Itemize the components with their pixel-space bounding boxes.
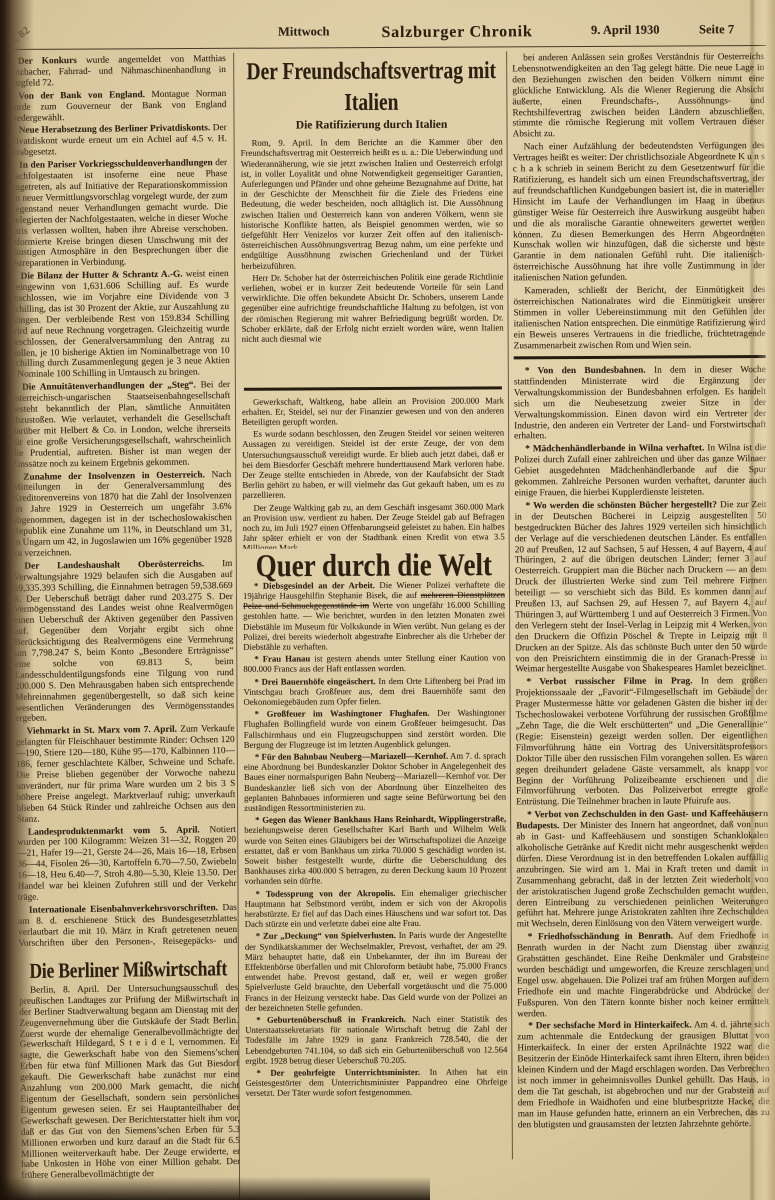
news-item: * Wo werden die schönsten Bücher hergest… [514,500,767,676]
article-paragraph: Nach einer Aufzählung der bedeutendsten … [513,141,766,284]
right-news-items: * Von den Bundesbahnen. In dem in dieser… [514,365,770,1133]
page-content: Nr. 82 Mittwoch Salzburger Chronik 9. Ap… [0,0,775,1200]
weekday-label: Mittwoch [278,24,329,39]
article-paragraph: Gewerkschaft, Waltkeng, habe allein an P… [242,395,504,427]
news-item: Landesproduktenmarkt vom 5. April. Notie… [17,824,237,903]
news-item: * Für den Bahnbau Neuberg—Mariazell—Kern… [244,750,506,813]
news-item-text: Der Minister des Innern hat angeordnet, … [516,820,768,929]
news-item: * Mädchenhändlerbande in Wilna verhaftet… [514,443,766,499]
news-item: * Geburtenüberschuß in Frankreich. Nach … [245,1013,507,1065]
article-paragraph: Rom, 9. April. In dem Berichte an die Ka… [241,137,504,271]
section-rule [514,355,766,359]
news-item-lead: * Für den Bahnbau Neuberg—Mariazell—Kern… [255,751,448,762]
news-item-lead: * Drei Bauernhöfe eingeäschert. [254,676,375,687]
news-item-text: weist einen Reingewinn von 1,631.606 Sch… [10,269,230,380]
quer-items: * Diebsgesindel an der Arbeit. Die Wiene… [243,579,508,1100]
news-item: Der Landeshaushalt Oberösterreichs. Im V… [13,559,234,725]
news-item: * Gegen das Wiener Bankhaus Hans Reinhar… [244,814,506,887]
news-item-text: Am 4. d. jährte sich zum achtenmale die … [517,1020,769,1129]
news-item-lead: * Frau Hanau [254,654,310,664]
news-item-text: beziehungsweise deren Gesellschafter Kar… [244,824,506,886]
book-gutter-shadow [0,0,34,1200]
news-item: * Friedhofsschändung in Benrath. Auf dem… [517,931,769,1020]
news-item: * Großfeuer im Washingtoner Flughafen. D… [244,708,506,750]
news-item-lead: * Der sechsfache Mord in Hinterkaifeck. [528,1021,691,1032]
article-paragraph: Berlin, 8. April. Der Untersuchungsaussc… [19,983,241,1182]
news-item-lead: * Mädchenhändlerbande in Wilna verhaftet… [525,444,704,455]
news-item-lead: * Geburtenüberschuß in Frankreich. [256,1014,406,1025]
header-rule [1,45,766,50]
news-item: * Todessprung von der Akropolis. Ein ehe… [245,887,507,929]
article-paragraph: Es wurde sodann beschlossen, den Zeugen … [242,427,504,500]
column-divider-right [506,51,513,1159]
news-item: * Verbot von Zechschulden in den Gast- u… [516,809,769,930]
treaty-article: Der Freundschaftsvertrag mit Italien Die… [240,53,504,382]
left-news-items: Der Konkurs wurde angemeldet von Matthia… [7,54,238,950]
news-item: In den Pariser Vorkriegsschuldenverhandl… [8,158,228,270]
news-item-lead: * Friedhofsschändung in Benrath. [528,932,673,943]
main-headline-freundschaftsvertrag: Der Freundschaftsvertrag mit Italien [240,55,502,119]
news-item: * Verbot russischer Filme in Prag. In de… [515,676,768,808]
news-item: Viehmarkt in St. Marx vom 7. April. Zum … [16,724,236,825]
news-item-lead: * Wo werden die schönsten Bücher hergest… [525,500,716,511]
news-item: Die Annuitätenverhandlungen der „Steg“. … [11,380,231,470]
news-item-text: Die zur Zeit in der Deutschen Bücherei i… [515,500,768,675]
article-headline-berliner-misswirtschaft: Die Berliner Mißwirtschaft [19,962,238,978]
news-item-text: In dem in dieser Woche stattfindenden Mi… [514,365,766,442]
news-item-text: Zum Verkaufe gelangten für Fleischhauer … [16,724,236,824]
news-item-text: In Paris wurde der Angestellte der Syndi… [245,930,507,1013]
article-paragraph: Der Zeuge Waltking gab zu, an dem Geschä… [242,501,504,548]
news-item: Von der Bank von England. Montague Norma… [7,89,226,125]
news-item: * Zur „Deckung“ von Spielverlusten. In P… [245,930,507,1013]
news-item-diebsgesindel: * Diebsgesindel an der Arbeit. Die Wiene… [243,579,505,652]
treaty-article-continuation: bei anderen Anlässen sein großes Verstän… [512,52,766,350]
berlin-continuation: Gewerkschaft, Waltkeng, habe allein an P… [242,395,505,548]
newspaper-title: Salzburger Chronik [357,23,557,42]
news-item: * Frau Hanau ist gestern abends unter St… [243,653,505,675]
news-item-text: In dem großen Projektionssaale der „Favo… [515,676,768,807]
news-item: Der Konkurs wurde angemeldet von Matthia… [7,54,226,90]
news-item: * Von den Bundesbahnen. In dem in dieser… [514,365,766,443]
news-item-text: Auf dem Friedhofe in Benrath wurden in d… [517,931,769,1019]
newspaper-page: Nr. 82 Mittwoch Salzburger Chronik 9. Ap… [0,0,775,1200]
left-column: Der Konkurs wurde angemeldet von Matthia… [7,54,241,1184]
news-item-text: Nach Mitteilungen in der Generalversamml… [12,469,232,558]
issue-date: 9. April 1930 [591,23,659,38]
section-headline-quer-durch-die-welt: Quer durch die Welt [243,558,505,571]
news-item-lead: * Großfeuer im Washingtoner Flughafen. [255,708,430,719]
news-item: Internationale Eisenbahnverkehrsvorschri… [18,903,238,950]
page-number: Seite 7 [699,22,734,37]
news-item-lead: * Todessprung von der Akropolis. [256,888,396,899]
news-item-lead: * Von den Bundesbahnen. [525,366,646,377]
news-item-lead: Von der Bank von England. [18,90,145,102]
page-edge-crease [749,0,775,1200]
news-item: * Drei Bauernhöfe eingeäschert. In dem O… [243,675,505,707]
right-column: bei anderen Anlässen sein großes Verstän… [512,52,770,1133]
middle-column: Der Freundschaftsvertrag mit Italien Die… [240,53,507,1100]
news-item-text: Im Verwaltungsjahre 1929 belaufen sich d… [13,559,234,725]
masthead-row: Mittwoch Salzburger Chronik 9. April 193… [0,22,772,46]
news-item-lead: * Zur „Deckung“ von Spielverlusten. [256,930,396,941]
berliner-misswirtschaft-body: Berlin, 8. April. Der Untersuchungsaussc… [19,983,241,1184]
news-item-text: der Nachfolgestaaten ist insoferne eine … [8,158,228,269]
news-item: Zunahme der Insolvenzen in Oesterreich. … [12,469,232,559]
news-item-lead: * Der geohrfeigte Unterrichtsminister. [256,1067,420,1078]
article-paragraph: Kameraden, schließt der Bericht, der Ein… [513,285,765,350]
article-paragraph: Herr Dr. Schober hat der österreichische… [241,271,503,344]
treaty-subhead: Die Ratifizierung durch Italien [240,119,502,131]
bottom-edge-shadow [0,1174,430,1200]
article-paragraph: bei anderen Anlässen sein großes Verstän… [512,52,764,141]
news-item: * Der geohrfeigte Unterrichtsminister. I… [245,1066,507,1098]
news-item-text: Bei der österreichisch-ungarischen Staat… [11,380,231,469]
news-item-lead: * Verbot russischer Filme in Prag. [526,677,692,688]
news-item: * Der sechsfache Mord in Hinterkaifeck. … [517,1020,770,1130]
section-rule [244,386,502,390]
news-item: Neue Herabsetzung des Berliner Privatdis… [8,123,227,159]
news-item: Die Bilanz der Hutter & Schrantz A.-G. w… [10,269,230,381]
